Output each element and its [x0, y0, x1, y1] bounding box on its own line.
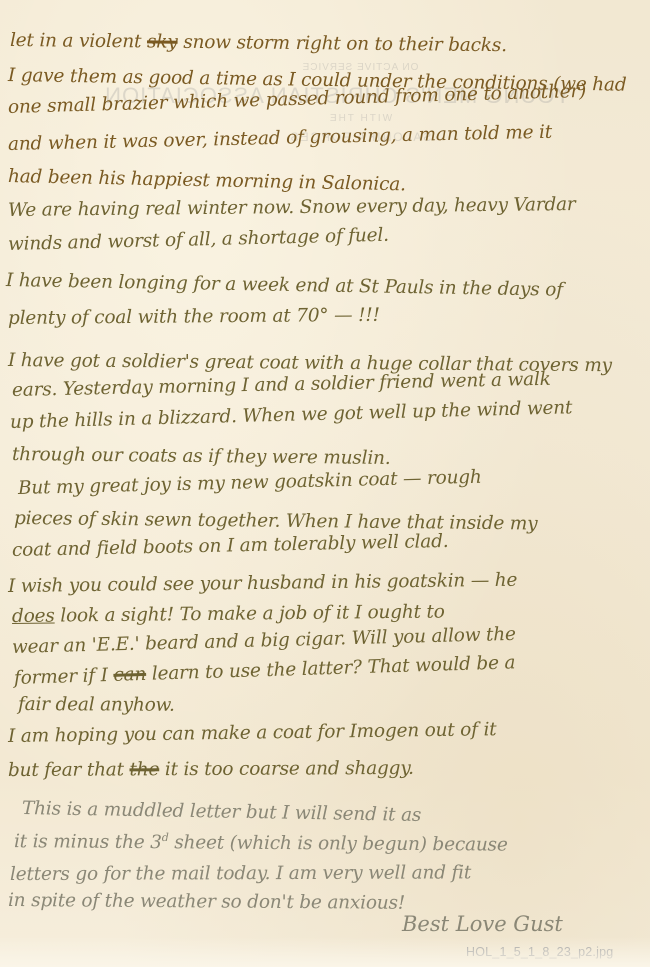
text-line-4: and when it was over, instead of grousin… — [8, 122, 552, 155]
letter-page: ON ACTIVE SERVICE YOUNG MEN'S CHRISTIAN … — [0, 0, 650, 967]
text-line-26: letters go for the mail today. I am very… — [10, 862, 471, 885]
signature: Best Love Gust — [402, 912, 563, 936]
handwritten-body: let in a violent sky snow storm right on… — [0, 0, 650, 967]
text-line-14: But my great joy is my new goatskin coat… — [18, 467, 482, 499]
text-segment: but fear that — [8, 759, 130, 781]
text-segment: let in a violent — [10, 30, 147, 52]
text-line-5: had been his happiest morning in Salonic… — [8, 166, 406, 195]
text-segment: learn to use the latter? That would be a — [146, 652, 516, 685]
text-line-11: ears. Yesterday morning I and a soldier … — [12, 369, 551, 401]
paper-edge — [0, 937, 650, 967]
text-segment: it is minus the 3 — [14, 831, 162, 853]
struck-word: sky — [147, 31, 178, 52]
text-line-27: in spite of the weather so don't be anxi… — [8, 890, 405, 914]
text-line-13: through our coats as if they were muslin… — [12, 444, 391, 469]
text-segment: look a sight! To make a job of it I ough… — [55, 601, 445, 626]
text-line-21: fair deal anyhow. — [18, 694, 175, 716]
struck-word: can — [113, 664, 146, 686]
text-line-8: I have been longing for a week end at St… — [6, 270, 563, 301]
text-line-1: let in a violent sky snow storm right on… — [10, 30, 507, 56]
text-segment: former if I — [14, 665, 114, 689]
text-line-6: We are having real winter now. Snow ever… — [8, 194, 576, 221]
text-line-9: plenty of coal with the room at 70° — !!… — [8, 305, 380, 329]
text-segment: it is too coarse and shaggy. — [159, 758, 414, 780]
text-line-22: I am hoping you can make a coat for Imog… — [8, 719, 497, 747]
text-line-12: up the hills in a blizzard. When we got … — [10, 397, 573, 433]
text-line-16: coat and field boots on I am tolerably w… — [12, 531, 449, 561]
struck-word: the — [129, 759, 159, 780]
text-line-23: but fear that the it is too coarse and s… — [8, 758, 414, 781]
text-line-7: winds and worst of all, a shortage of fu… — [8, 225, 389, 255]
text-line-24: This is a muddled letter but I will send… — [22, 798, 422, 826]
text-line-25: it is minus the 3d sheet (which is only … — [14, 830, 508, 856]
text-line-19: wear an 'E.E.' beard and a big cigar. Wi… — [12, 624, 516, 658]
text-segment: sheet (which is only begun) because — [169, 832, 508, 855]
text-line-15: pieces of skin sewn together. When I hav… — [14, 508, 538, 534]
text-line-17: I wish you could see your husband in his… — [8, 570, 517, 597]
text-line-20: former if I can learn to use the latter?… — [14, 652, 516, 689]
underlined-word: does — [12, 606, 55, 627]
text-line-18: does look a sight! To make a job of it I… — [12, 601, 445, 627]
text-segment: snow storm right on to their backs. — [177, 32, 506, 56]
